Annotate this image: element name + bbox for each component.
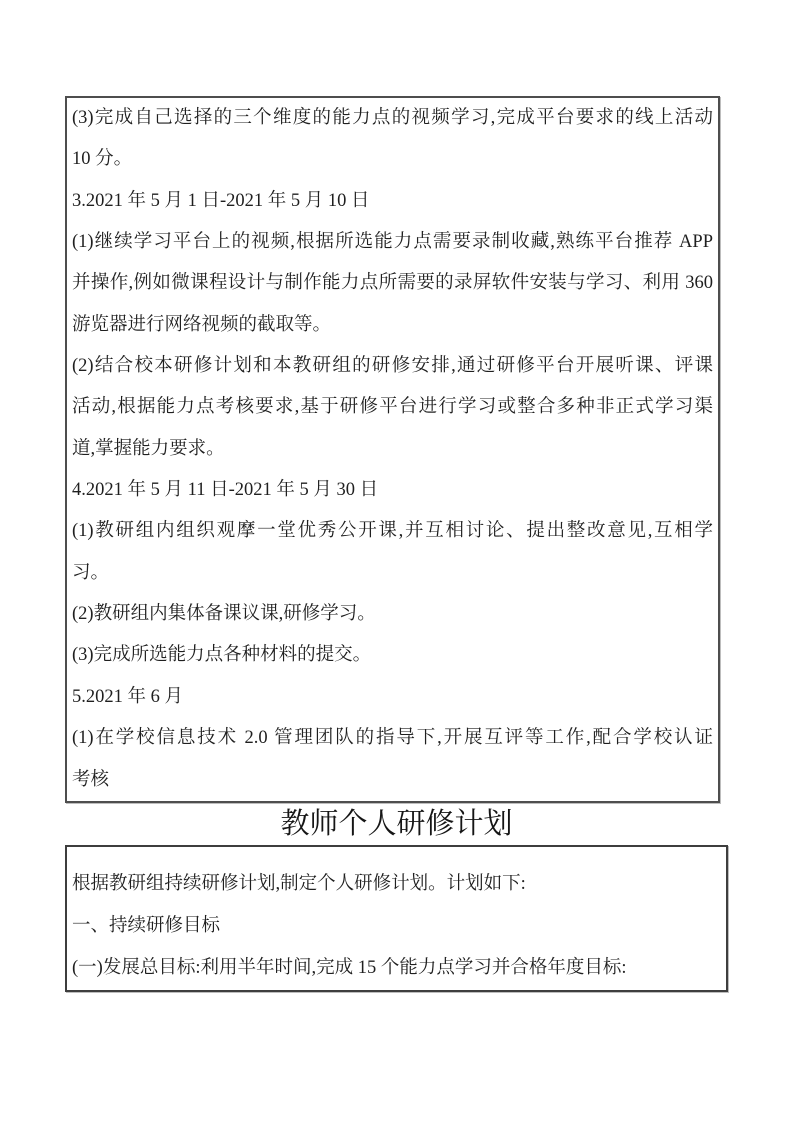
plan-text-line: (1)继续学习平台上的视频,根据所选能力点需要录制收藏,熟练平台推荐 APP	[72, 222, 713, 263]
plan-text-line: (3)完成自己选择的三个维度的能力点的视频学习,完成平台要求的线上活动	[72, 98, 713, 139]
plan-text-line: (2)结合校本研修计划和本教研组的研修安排,通过研修平台开展听课、评课	[72, 346, 713, 387]
plan-text-line: 考核	[72, 760, 713, 801]
plan-text-line: 游览器进行网络视频的截取等。	[72, 305, 713, 346]
page-title: 教师个人研修计划	[0, 803, 793, 845]
plan-text-line: (2)教研组内集体备课议课,研修学习。	[72, 594, 713, 635]
plan-text-line: (1)在学校信息技术 2.0 管理团队的指导下,开展互评等工作,配合学校认证	[72, 718, 713, 759]
plan-text-line: 根据教研组持续研修计划,制定个人研修计划。计划如下:	[72, 863, 718, 905]
document-page: (3)完成自己选择的三个维度的能力点的视频学习,完成平台要求的线上活动10 分。…	[0, 0, 793, 1122]
plan-text-line: 活动,根据能力点考核要求,基于研修平台进行学习或整合多种非正式学习渠	[72, 387, 713, 428]
plan-text-line: 习。	[72, 553, 713, 594]
plan-text-line: 10 分。	[72, 139, 713, 180]
plan-text-line: (一)发展总目标:利用半年时间,完成 15 个能力点学习并合格年度目标:	[72, 947, 718, 989]
plan-text-line: 一、持续研修目标	[72, 905, 718, 947]
plan-text-line: (1)教研组内组织观摩一堂优秀公开课,并互相讨论、提出整改意见,互相学	[72, 511, 713, 552]
plan-text-line: (3)完成所选能力点各种材料的提交。	[72, 635, 713, 676]
personal-research-plan-table: 根据教研组持续研修计划,制定个人研修计划。计划如下:一、持续研修目标(一)发展总…	[65, 845, 728, 992]
plan-text-line: 并操作,例如微课程设计与制作能力点所需要的录屏软件安装与学习、利用 360	[72, 263, 713, 304]
plan-text-line: 3.2021 年 5 月 1 日-2021 年 5 月 10 日	[72, 181, 713, 222]
plan-text-line: 4.2021 年 5 月 11 日-2021 年 5 月 30 日	[72, 470, 713, 511]
plan-text-line: 5.2021 年 6 月	[72, 677, 713, 718]
plan-text-line: 道,掌握能力要求。	[72, 429, 713, 470]
continuing-research-plan-table: (3)完成自己选择的三个维度的能力点的视频学习,完成平台要求的线上活动10 分。…	[65, 96, 720, 803]
